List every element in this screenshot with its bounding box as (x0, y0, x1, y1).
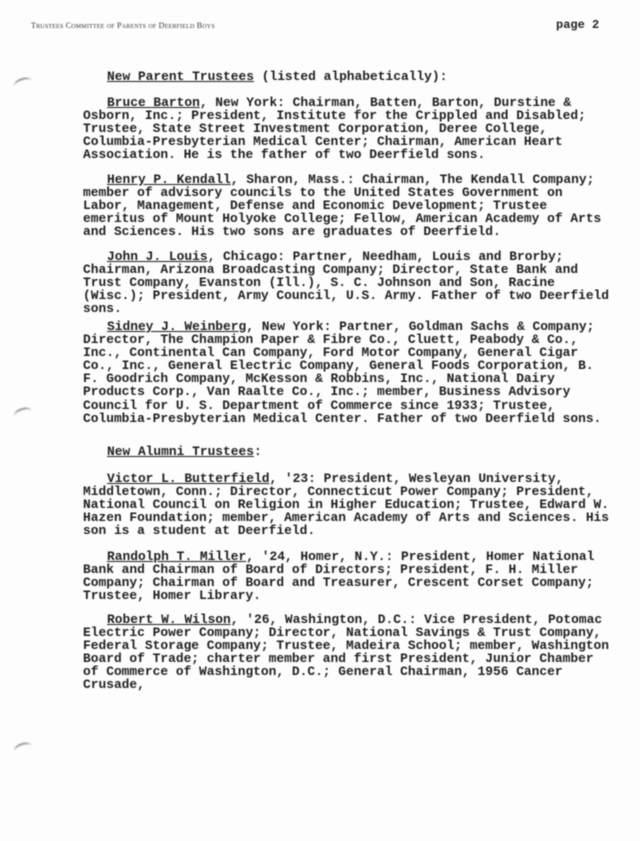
punch-hole-mark (13, 405, 34, 421)
trustee-entry: Victor L. Butterfield, '23: President, W… (83, 472, 613, 537)
trustee-entry: Randolph T. Miller, '24, Homer, N.Y.: Pr… (83, 550, 613, 602)
trustee-entry: Henry P. Kendall, Sharon, Mass.: Chairma… (83, 173, 613, 238)
trustee-entry: John J. Louis, Chicago: Partner, Needham… (83, 250, 613, 315)
heading-suffix: (listed alphabetically): (254, 69, 447, 84)
heading-text: New Parent Trustees (107, 69, 254, 84)
section-heading-alumni-trustees: New Alumni Trustees: (107, 445, 262, 458)
punch-hole-mark (13, 75, 34, 91)
running-head: Trustees Committee of Parents of Deerfie… (31, 21, 215, 30)
page-number: page 2 (556, 18, 599, 32)
trustee-entry: Sidney J. Weinberg, New York: Partner, G… (83, 320, 613, 425)
trustee-entry: Robert W. Wilson, '26, Washington, D.C.:… (83, 613, 613, 692)
heading-suffix: : (254, 444, 262, 459)
document-page: Trustees Committee of Parents of Deerfie… (0, 0, 640, 841)
trustee-entry: Bruce Barton, New York: Chairman, Batten… (83, 96, 613, 161)
section-heading-parent-trustees: New Parent Trustees (listed alphabetical… (107, 70, 447, 83)
trustee-description: , New York: Partner, Goldman Sachs & Com… (83, 319, 601, 426)
punch-hole-mark (13, 740, 34, 756)
heading-text: New Alumni Trustees (107, 444, 254, 459)
